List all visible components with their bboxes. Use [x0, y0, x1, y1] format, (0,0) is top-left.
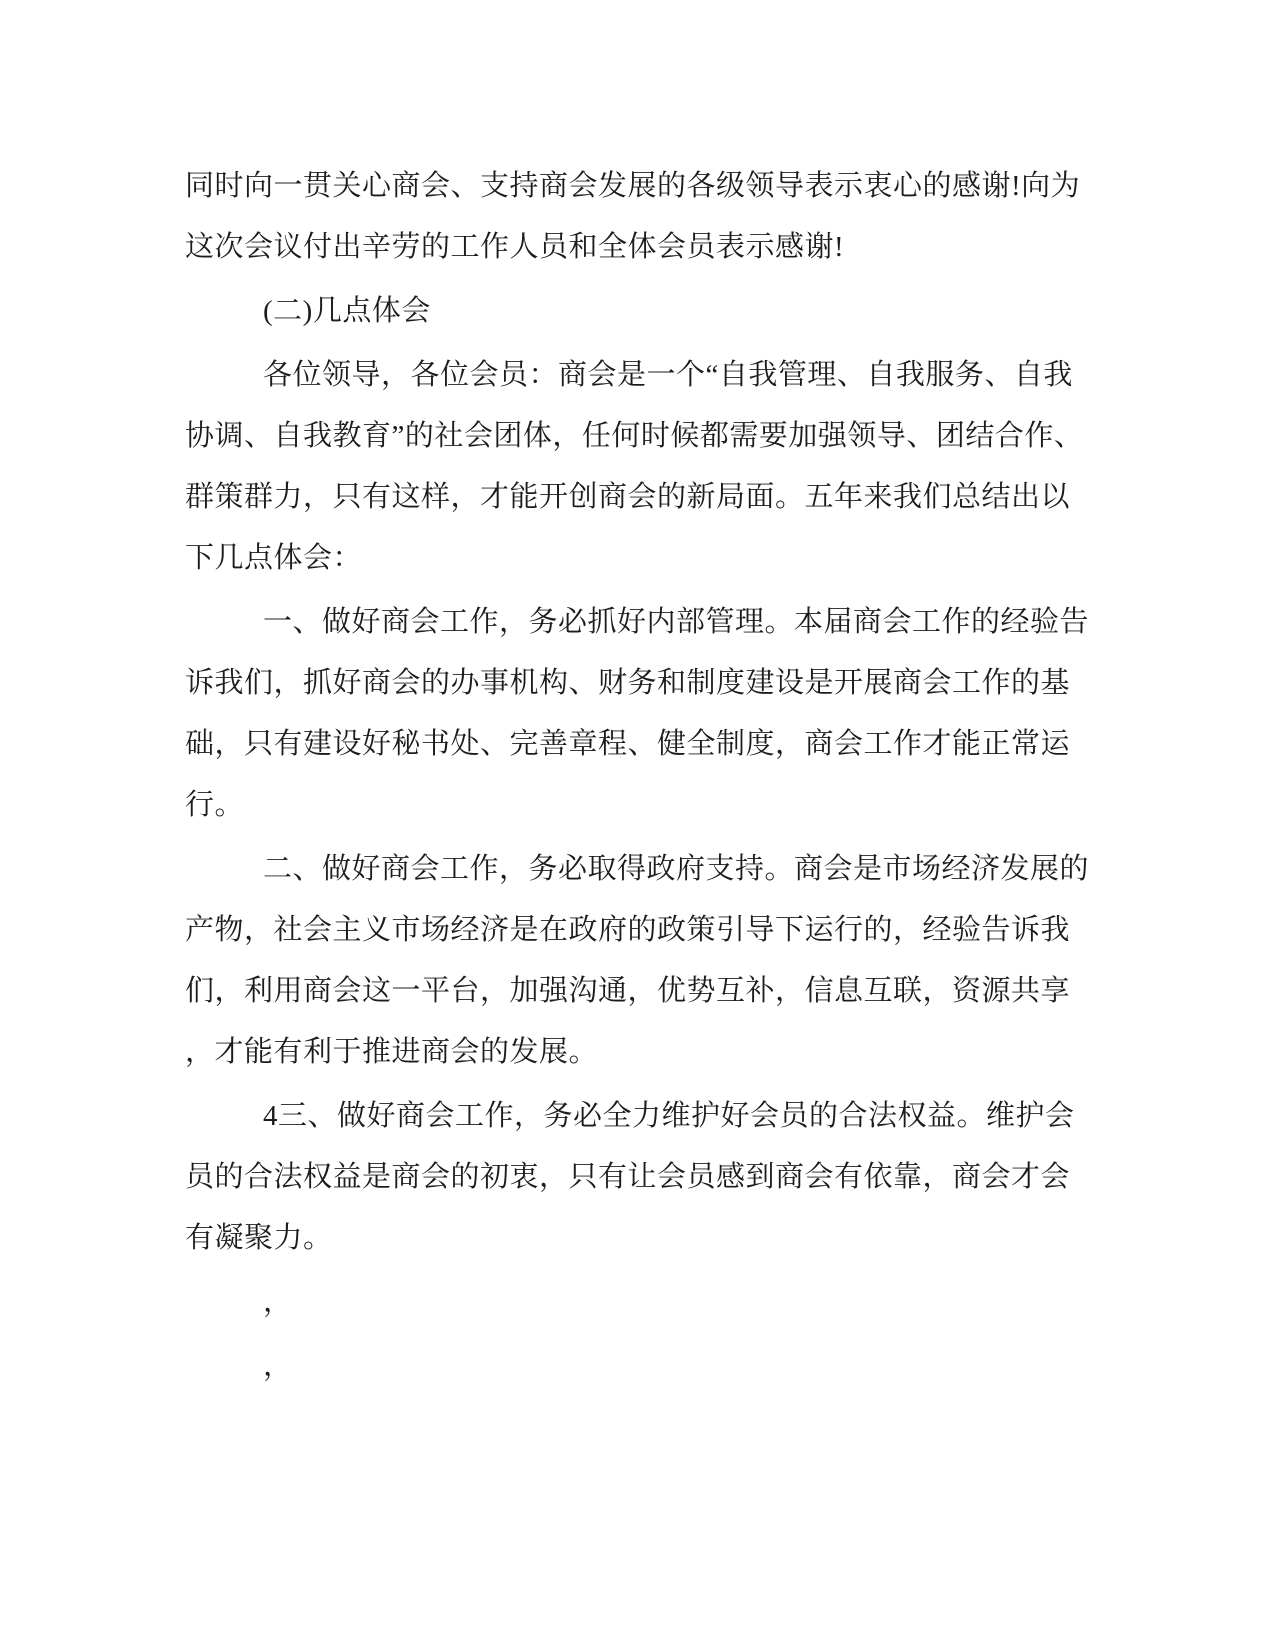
text-line: 行。 — [185, 775, 1095, 836]
text-line: 员的合法权益是商会的初衷，只有让会员感到商会有依靠，商会才会 — [185, 1147, 1095, 1208]
text-line: (二)几点体会 — [185, 281, 1095, 342]
paragraph: 一、做好商会工作，务必抓好内部管理。本届商会工作的经验告诉我们，抓好商会的办事机… — [185, 592, 1095, 836]
text-line: 一、做好商会工作，务必抓好内部管理。本届商会工作的经验告 — [185, 592, 1095, 653]
paragraph: 各位领导，各位会员：商会是一个“自我管理、自我服务、自我协调、自我教育”的社会团… — [185, 345, 1095, 589]
paragraph: 4三、做好商会工作，务必全力维护好会员的合法权益。维护会员的合法权益是商会的初衷… — [185, 1086, 1095, 1269]
text-line: 产物，社会主义市场经济是在政府的政策引导下运行的，经验告诉我 — [185, 900, 1095, 961]
text-line: 二、做好商会工作，务必取得政府支持。商会是市场经济发展的 — [185, 839, 1095, 900]
text-line: 们，利用商会这一平台，加强沟通，优势互补，信息互联，资源共享 — [185, 961, 1095, 1022]
text-line: ， — [185, 1272, 1095, 1333]
paragraph: (二)几点体会 — [185, 281, 1095, 342]
text-line: 下几点体会： — [185, 528, 1095, 589]
text-line: 这次会议付出辛劳的工作人员和全体会员表示感谢! — [185, 217, 1095, 278]
text-line: 协调、自我教育”的社会团体，任何时候都需要加强领导、团结合作、 — [185, 406, 1095, 467]
paragraph: 二、做好商会工作，务必取得政府支持。商会是市场经济发展的产物，社会主义市场经济是… — [185, 839, 1095, 1083]
text-line: 诉我们，抓好商会的办事机构、财务和制度建设是开展商会工作的基 — [185, 653, 1095, 714]
paragraph: 同时向一贯关心商会、支持商会发展的各级领导表示衷心的感谢!向为这次会议付出辛劳的… — [185, 156, 1095, 278]
document-body: 同时向一贯关心商会、支持商会发展的各级领导表示衷心的感谢!向为这次会议付出辛劳的… — [185, 156, 1095, 1397]
text-line: ，才能有利于推进商会的发展。 — [185, 1022, 1095, 1083]
text-line: 各位领导，各位会员：商会是一个“自我管理、自我服务、自我 — [185, 345, 1095, 406]
paragraph: ， — [185, 1336, 1095, 1397]
text-line: 同时向一贯关心商会、支持商会发展的各级领导表示衷心的感谢!向为 — [185, 156, 1095, 217]
text-line: 4三、做好商会工作，务必全力维护好会员的合法权益。维护会 — [185, 1086, 1095, 1147]
text-line: 有凝聚力。 — [185, 1208, 1095, 1269]
text-line: 群策群力，只有这样，才能开创商会的新局面。五年来我们总结出以 — [185, 467, 1095, 528]
text-line: 础，只有建设好秘书处、完善章程、健全制度，商会工作才能正常运 — [185, 714, 1095, 775]
document-page: 同时向一贯关心商会、支持商会发展的各级领导表示衷心的感谢!向为这次会议付出辛劳的… — [0, 0, 1275, 1650]
paragraph: ， — [185, 1272, 1095, 1333]
text-line: ， — [185, 1336, 1095, 1397]
